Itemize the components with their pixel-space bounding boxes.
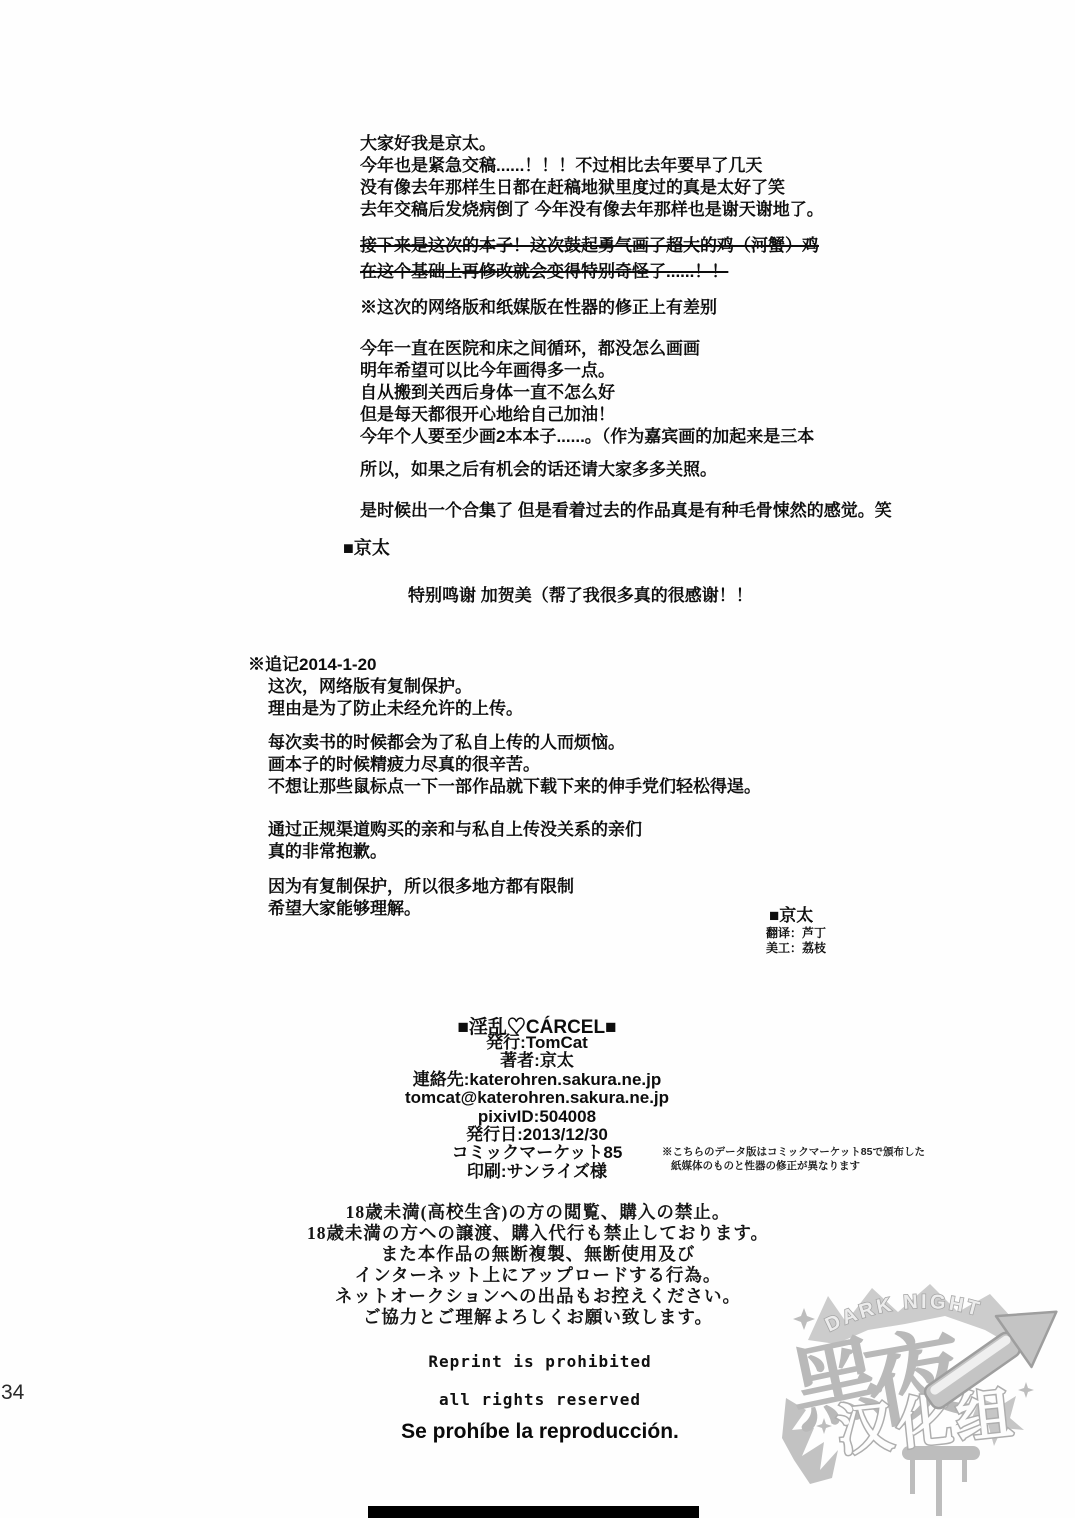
art-credit: 美工：荔枝 — [766, 941, 826, 956]
afterword-line: 是时候出一个合集了 但是看着过去的作品真是有种毛骨悚然的感觉。笑 — [360, 500, 892, 522]
struck-text-line: 在这个基础上再修改就会变得特别奇怪了......！！ — [360, 259, 819, 285]
postscript-title: ※追记2014-1-20 — [248, 654, 377, 676]
struck-text-line: 接下来是这次的本子！这次鼓起勇气画了超大的鸡（河蟹）鸡 — [360, 233, 819, 259]
text-line: 每次卖书的时候都会为了私自上传的人而烦恼。 — [268, 732, 761, 754]
text-line: 希望大家能够理解。 — [268, 898, 574, 920]
pixiv-id-line: pixivID:504008 — [287, 1108, 787, 1126]
text-line: 理由是为了防止未经允许的上传。 — [268, 698, 523, 720]
postscript-paragraph-1: 这次，网络版有复制保护。 理由是为了防止未经允许的上传。 — [268, 676, 523, 720]
special-thanks-line: 特别鸣谢 加贺美（帮了我很多真的很感谢！！ — [408, 585, 753, 607]
reprint-prohibited-line: Reprint is prohibited — [240, 1352, 840, 1371]
rights-reserved-line: all rights reserved — [240, 1390, 840, 1409]
spanish-legal-line: Se prohíbe la reproducción. — [240, 1420, 840, 1444]
text-line: 画本子的时候精疲力尽真的很辛苦。 — [268, 754, 761, 776]
afterword-paragraph-1: 大家好我是京太。 今年也是紧急交稿......！！！不过相比去年要早了几天 没有… — [360, 133, 824, 221]
postscript-paragraph-3: 通过正规渠道购买的亲和与私自上传没关系的亲们 真的非常抱歉。 — [268, 819, 642, 863]
text-line: 明年希望可以比今年画得多一点。 — [360, 360, 814, 382]
warning-line: 18歳未満(高校生含)の方の閲覧、購入の禁止。 — [238, 1202, 838, 1223]
drip-shape — [910, 1456, 915, 1494]
postscript-paragraph-4: 因为有复制保护，所以很多地方都有限制 希望大家能够理解。 — [268, 876, 574, 920]
translation-group-watermark: 黑 夜 汉化组 DARK NIGHT — [780, 1278, 1075, 1518]
afterword-line: 所以，如果之后有机会的话还请大家多多关照。 — [360, 459, 717, 481]
drip-shape — [962, 1454, 967, 1482]
email-line: tomcat@katerohren.sakura.ne.jp — [287, 1089, 787, 1107]
publisher-line: 発行:TomCat — [287, 1034, 787, 1052]
text-line: 自从搬到关西后身体一直不怎么好 — [360, 382, 814, 404]
afterword-note-line: ※这次的网络版和纸媒版在性器的修正上有差别 — [360, 297, 717, 319]
text-line: 大家好我是京太。 — [360, 133, 824, 155]
author-signature: ■京太 — [769, 905, 813, 927]
postscript-paragraph-2: 每次卖书的时候都会为了私自上传的人而烦恼。 画本子的时候精疲力尽真的很辛苦。 不… — [268, 732, 761, 798]
age-warning-block: 18歳未満(高校生含)の方の閲覧、購入の禁止。 18歳未満の方への譲渡、購入代行… — [238, 1202, 838, 1328]
warning-line: 18歳未満の方への譲渡、購入代行も禁止しております。 — [238, 1223, 838, 1244]
text-line: 不想让那些鼠标点一下一部作品就下载下来的伸手党们轻松得逞。 — [268, 776, 761, 798]
author-line: 著者:京太 — [287, 1052, 787, 1070]
document-page: 大家好我是京太。 今年也是紧急交稿......！！！不过相比去年要早了几天 没有… — [0, 0, 1075, 1518]
text-line: 但是每天都很开心地给自己加油！ — [360, 404, 814, 426]
afterword-paragraph-struck: 接下来是这次的本子！这次鼓起勇气画了超大的鸡（河蟹）鸡 在这个基础上再修改就会变… — [360, 233, 819, 285]
contact-line: 連絡先:katerohren.sakura.ne.jp — [287, 1071, 787, 1089]
sparkle-icon — [1018, 1382, 1034, 1398]
text-line: 因为有复制保护，所以很多地方都有限制 — [268, 876, 574, 898]
text-line: 今年个人要至少画2本本子......。（作为嘉宾画的加起来是三本 — [360, 426, 814, 448]
text-line: 通过正规渠道购买的亲和与私自上传没关系的亲们 — [268, 819, 642, 841]
author-signature: ■京太 — [343, 537, 390, 559]
afterword-paragraph-2: 今年一直在医院和床之间循环，都没怎么画画 明年希望可以比今年画得多一点。 自从搬… — [360, 338, 814, 448]
warning-line: ネットオークションへの出品もお控えください。 — [238, 1286, 838, 1307]
bottom-crop-bar — [368, 1506, 699, 1518]
publish-date-line: 発行日:2013/12/30 — [287, 1126, 787, 1144]
drip-shape — [936, 1460, 942, 1516]
sparkle-icon — [793, 1308, 815, 1330]
warning-line: また本作品の無断複製、無断使用及び — [238, 1244, 838, 1265]
data-version-note: ※こちらのデータ版はコミックマーケット85で頒布した 紙媒体のものと性器の修正が… — [662, 1146, 925, 1173]
warning-line: インターネット上にアップロードする行為。 — [238, 1265, 838, 1286]
warning-line: ご協力とご理解よろしくお願い致します。 — [238, 1307, 838, 1328]
text-line: 今年一直在医院和床之间循环，都没怎么画画 — [360, 338, 814, 360]
text-line: 真的非常抱歉。 — [268, 841, 642, 863]
text-line: 没有像去年那样生日都在赶稿地狱里度过的真是太好了笑 — [360, 177, 824, 199]
text-line: 今年也是紧急交稿......！！！不过相比去年要早了几天 — [360, 155, 824, 177]
text-line: ※こちらのデータ版はコミックマーケット85で頒布した — [662, 1146, 925, 1160]
text-line: 紙媒体のものと性器の修正が異なります — [662, 1160, 925, 1174]
text-line: 这次，网络版有复制保护。 — [268, 676, 523, 698]
text-line: 去年交稿后发烧病倒了 今年没有像去年那样也是谢天谢地了。 — [360, 199, 824, 221]
page-number: 34 — [1, 1381, 24, 1405]
translator-credit: 翻译：芦丁 — [766, 926, 826, 941]
